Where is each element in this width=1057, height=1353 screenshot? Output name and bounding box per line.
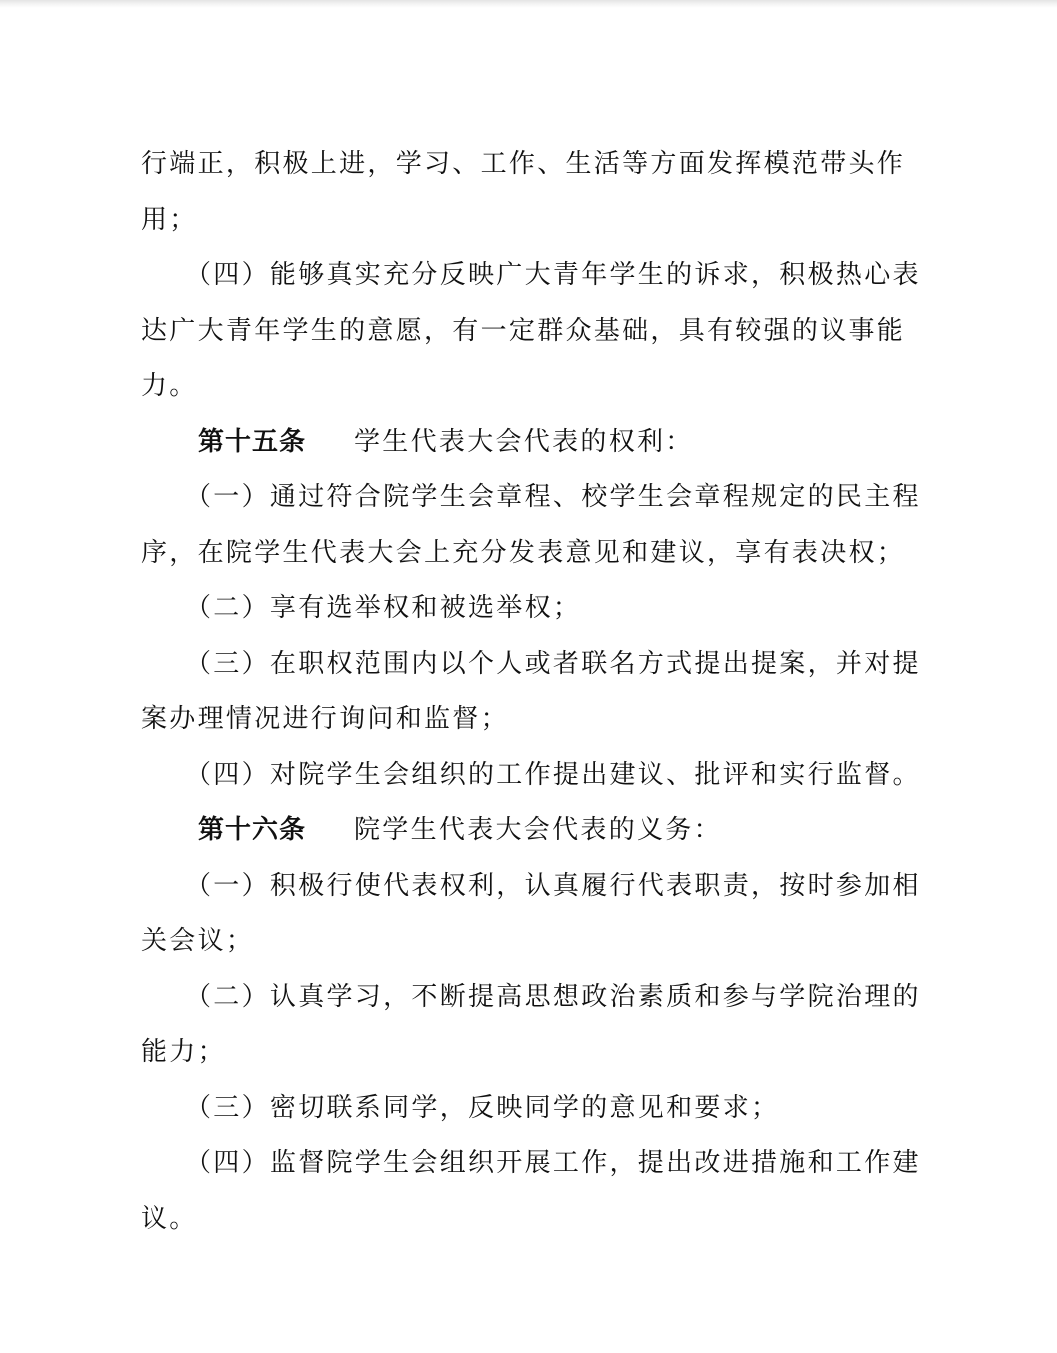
article-16-item-1: （一）积极行使代表权利，认真履行代表职责，按时参加相 — [141, 862, 931, 918]
article-15-label: 第十五条 — [198, 418, 354, 466]
article-15-title: 学生代表大会代表的权利： — [354, 427, 694, 457]
article-15-item-2: （二）享有选举权和被选举权； — [141, 584, 931, 640]
article-16-label: 第十六条 — [198, 806, 354, 854]
paragraph-line: 能力； — [141, 1028, 931, 1084]
list-item-4: （四）能够真实充分反映广大青年学生的诉求，积极热心表 — [141, 251, 931, 307]
article-15-item-1: （一）通过符合院学生会章程、校学生会章程规定的民主程 — [141, 473, 931, 529]
paragraph-line: 达广大青年学生的意愿，有一定群众基础，具有较强的议事能 — [141, 307, 931, 363]
article-16-item-4: （四）监督院学生会组织开展工作，提出改进措施和工作建 — [141, 1139, 931, 1195]
article-16-heading: 第十六条院学生代表大会代表的义务： — [141, 806, 931, 862]
paragraph-line: 关会议； — [141, 917, 931, 973]
article-15-item-4: （四）对院学生会组织的工作提出建议、批评和实行监督。 — [141, 751, 931, 807]
article-16-title: 院学生代表大会代表的义务： — [354, 815, 722, 845]
paragraph-line: 案办理情况进行询问和监督； — [141, 695, 931, 751]
paragraph-line: 序，在院学生代表大会上充分发表意见和建议，享有表决权； — [141, 529, 931, 585]
paragraph-line: 行端正，积极上进，学习、工作、生活等方面发挥模范带头作 — [141, 140, 931, 196]
paragraph-line: 力。 — [141, 362, 931, 418]
document-page: 行端正，积极上进，学习、工作、生活等方面发挥模范带头作 用； （四）能够真实充分… — [141, 140, 931, 1250]
page-top-shadow — [0, 0, 1057, 8]
paragraph-line: 用； — [141, 196, 931, 252]
article-15-item-3: （三）在职权范围内以个人或者联名方式提出提案，并对提 — [141, 640, 931, 696]
paragraph-line: 议。 — [141, 1195, 931, 1251]
article-16-item-2: （二）认真学习，不断提高思想政治素质和参与学院治理的 — [141, 973, 931, 1029]
article-16-item-3: （三）密切联系同学，反映同学的意见和要求； — [141, 1084, 931, 1140]
article-15-heading: 第十五条学生代表大会代表的权利： — [141, 418, 931, 474]
